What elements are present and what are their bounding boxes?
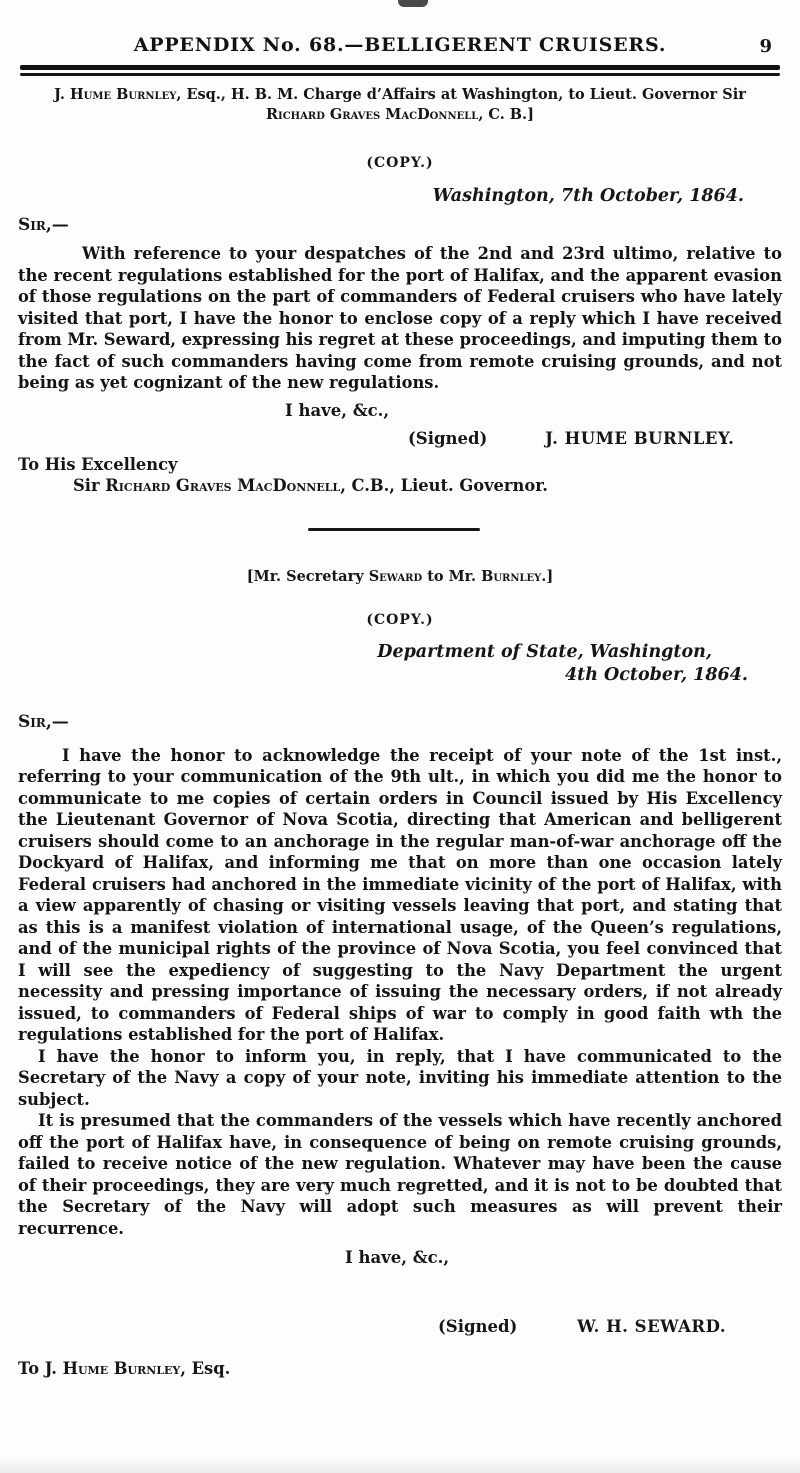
scan-edge-shadow xyxy=(0,1457,800,1473)
letter1-signed-label: (Signed) xyxy=(408,429,487,448)
letter2-dateline-line1: Department of State, Washington, xyxy=(0,641,800,664)
letter2-signature: W. H. SEWARD. xyxy=(577,1317,726,1336)
letter1-citation: J. Hume Burnley, Esq., H. B. M. Charge d… xyxy=(20,85,780,125)
page-header: APPENDIX No. 68.—BELLIGERENT CRUISERS. 9 xyxy=(0,0,800,56)
letter2-copy-label: (COPY.) xyxy=(0,612,800,628)
citation-mid: , Esq., H. B. M. Charge d’Affairs at Was… xyxy=(176,86,746,103)
letter2-sender-name: Seward xyxy=(369,568,422,585)
letter2-signed-label: (Signed) xyxy=(438,1317,517,1336)
letter2-salutation: Sir,— xyxy=(18,712,800,732)
letter1-addressee-name: Richard Graves MacDonnell xyxy=(105,476,340,495)
page-number: 9 xyxy=(759,36,772,57)
letter1-signature-row: (Signed) J. HUME BURNLEY. xyxy=(0,429,800,448)
letter1-copy-label: (COPY.) xyxy=(0,155,800,171)
header-rule-thin xyxy=(20,73,780,76)
letter1-valediction: I have, &c., xyxy=(285,401,800,420)
letter2-paragraph-1: I have the honor to acknowledge the rece… xyxy=(18,745,782,1046)
letter1-addressee-line1: To His Excellency xyxy=(18,454,800,476)
letter2-paragraph-2: I have the honor to inform you, in reply… xyxy=(18,1046,782,1111)
header-rule xyxy=(20,65,780,76)
letter1-addressee-line2: Sir Richard Graves MacDonnell, C.B., Lie… xyxy=(73,475,800,497)
letter1-salutation: Sir,— xyxy=(18,215,800,235)
letter2-addressee-name: Hume Burnley xyxy=(63,1359,181,1378)
page-title: APPENDIX No. 68.—BELLIGERENT CRUISERS. xyxy=(134,34,667,56)
letter1-paragraph: With reference to your despatches of the… xyxy=(18,243,782,394)
letter2-addressee: To J. Hume Burnley, Esq. xyxy=(18,1359,800,1378)
letter2-dateline: Department of State, Washington, 4th Oct… xyxy=(0,641,800,687)
citation-recipient-name: Richard Graves MacDonnell xyxy=(266,106,478,123)
citation-sender-name: Hume Burnley xyxy=(70,86,176,103)
letter2-heading: [Mr. Secretary Seward to Mr. Burnley.] xyxy=(0,568,800,585)
letter-separator-rule xyxy=(308,528,480,531)
citation-pre: J. xyxy=(54,86,70,103)
letter1-signature: J. HUME BURNLEY. xyxy=(545,429,734,448)
letter2-paragraph-3: It is presumed that the commanders of th… xyxy=(18,1110,782,1239)
citation-post: , C. B.] xyxy=(478,106,534,123)
letter2-dateline-line2: 4th October, 1864. xyxy=(0,664,800,687)
scan-smudge xyxy=(398,0,428,7)
letter2-valediction: I have, &c., xyxy=(345,1248,800,1267)
document-page: APPENDIX No. 68.—BELLIGERENT CRUISERS. 9… xyxy=(0,0,800,1473)
letter1-dateline: Washington, 7th October, 1864. xyxy=(0,186,800,206)
letter2-signature-row: (Signed) W. H. SEWARD. xyxy=(0,1317,800,1336)
letter2-recipient-name: Burnley xyxy=(481,568,541,585)
letter1-addressee: To His Excellency Sir Richard Graves Mac… xyxy=(18,454,800,497)
